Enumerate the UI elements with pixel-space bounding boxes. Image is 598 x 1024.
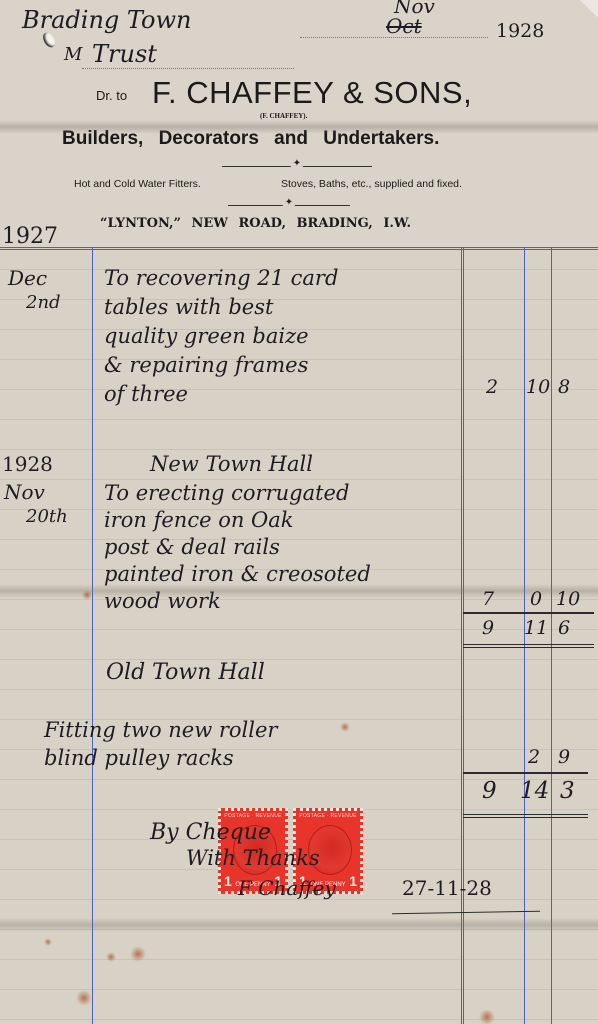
entry1-line: tables with best [104,293,338,322]
entry2-line: post & deal rails [104,534,371,561]
foxing-spot [82,590,92,600]
entry2-date-month: Nov [4,480,45,504]
total-shillings: 14 [520,778,549,804]
recipient-line1: Brading Town [22,6,192,34]
month-struck: Oct [386,14,422,38]
subtotal-pence: 6 [558,617,570,639]
ledger-year-1927: 1927 [2,224,58,249]
entry1-description: To recovering 21 card tables with best q… [104,264,338,409]
entry2-line: painted iron & creosoted [104,561,371,588]
entry3-shillings: 2 [528,746,540,768]
entry2-shillings: 0 [530,588,542,610]
ornament-divider-2 [228,205,350,206]
entry2-line: wood work [104,588,371,615]
receipt-by-cheque: By Cheque [150,820,271,845]
entry2-line: iron fence on Oak [104,507,371,534]
receipt-date: 27-11-28 [402,876,492,900]
stamp-top-text: POSTAGE · REVENUE [299,813,357,819]
subtotal-double-rule [463,644,594,648]
services-left: Hot and Cold Water Fitters. [74,178,201,190]
entry3-heading: Old Town Hall [106,660,265,685]
entry3-description: Fitting two new roller blind pulley rack… [44,716,277,772]
entry2-line: To erecting corrugated [104,480,371,507]
entry1-pounds: 2 [486,376,498,398]
pence-column-rule [551,248,552,1024]
subtotal-shillings: 11 [524,617,548,639]
entry2-description: To erecting corrugated iron fence on Oak… [104,480,371,615]
entry3-line: Fitting two new roller [44,716,277,744]
total-pence: 3 [560,778,575,804]
recipient-line2: Trust [92,40,157,68]
pounds-column-rule [461,248,464,1024]
entry1-shillings: 10 [526,376,550,398]
entry2-date-year: 1928 [2,452,53,476]
entry1-line: quality green baize [104,322,338,351]
invoice-paper: Brading Town M Trust Nov Oct 1928 Dr. to… [0,0,598,1024]
total-rule [463,772,588,774]
entry1-line: & repairing frames [104,351,338,380]
recipient-prefix-mark: M [64,44,82,65]
foxing-spot [478,1010,496,1024]
entry1-line: of three [104,380,338,409]
proprietor: (F. CHAFFEY). [260,112,307,120]
stamp-top-text: POSTAGE · REVENUE [224,813,282,819]
date-column-rule [92,248,93,1024]
stamp-value-digit: 1 [349,874,357,888]
invoice-year: 1928 [496,20,544,42]
entry2-heading: New Town Hall [150,452,313,476]
recipient-dotted-line [82,68,294,69]
paper-fold [0,120,598,134]
entry1-pence: 8 [558,376,570,398]
entry2-date-day: 20th [26,506,68,527]
ledger-top-rule [0,247,598,250]
entry3-pence: 9 [558,746,570,768]
entry1-date-day: 2nd [26,292,61,313]
entry2-pounds: 7 [482,588,494,610]
services-right: Stoves, Baths, etc., supplied and fixed. [281,178,462,190]
total-double-rule [463,814,588,818]
receipt-date-underline [392,911,540,915]
foxing-spot [76,990,92,1006]
entry1-line: To recovering 21 card [104,264,338,293]
entry3-line: blind pulley racks [44,744,277,772]
ornament-divider-1 [222,166,372,167]
receipt-with-thanks: With Thanks [186,846,320,870]
folded-corner [580,0,598,18]
total-pounds: 9 [482,778,497,804]
entry1-date-month: Dec [8,266,47,290]
receipt-signature: F Chaffey [238,876,336,900]
debtor-prefix: Dr. to [96,88,127,103]
date-dotted-line [300,37,488,38]
entry2-pence: 10 [556,588,580,610]
subtotal-pounds: 9 [482,617,494,639]
paper-fold [0,918,598,932]
firm-name: F. CHAFFEY & SONS, [152,75,472,111]
foxing-spot [106,952,116,962]
subtotal-rule [463,612,594,614]
stamp-value-digit: 1 [224,874,232,888]
foxing-spot [130,946,146,962]
address: “LYNTON,” NEW ROAD, BRADING, I.W. [100,216,411,231]
foxing-spot [44,938,52,946]
foxing-spot [340,722,350,732]
